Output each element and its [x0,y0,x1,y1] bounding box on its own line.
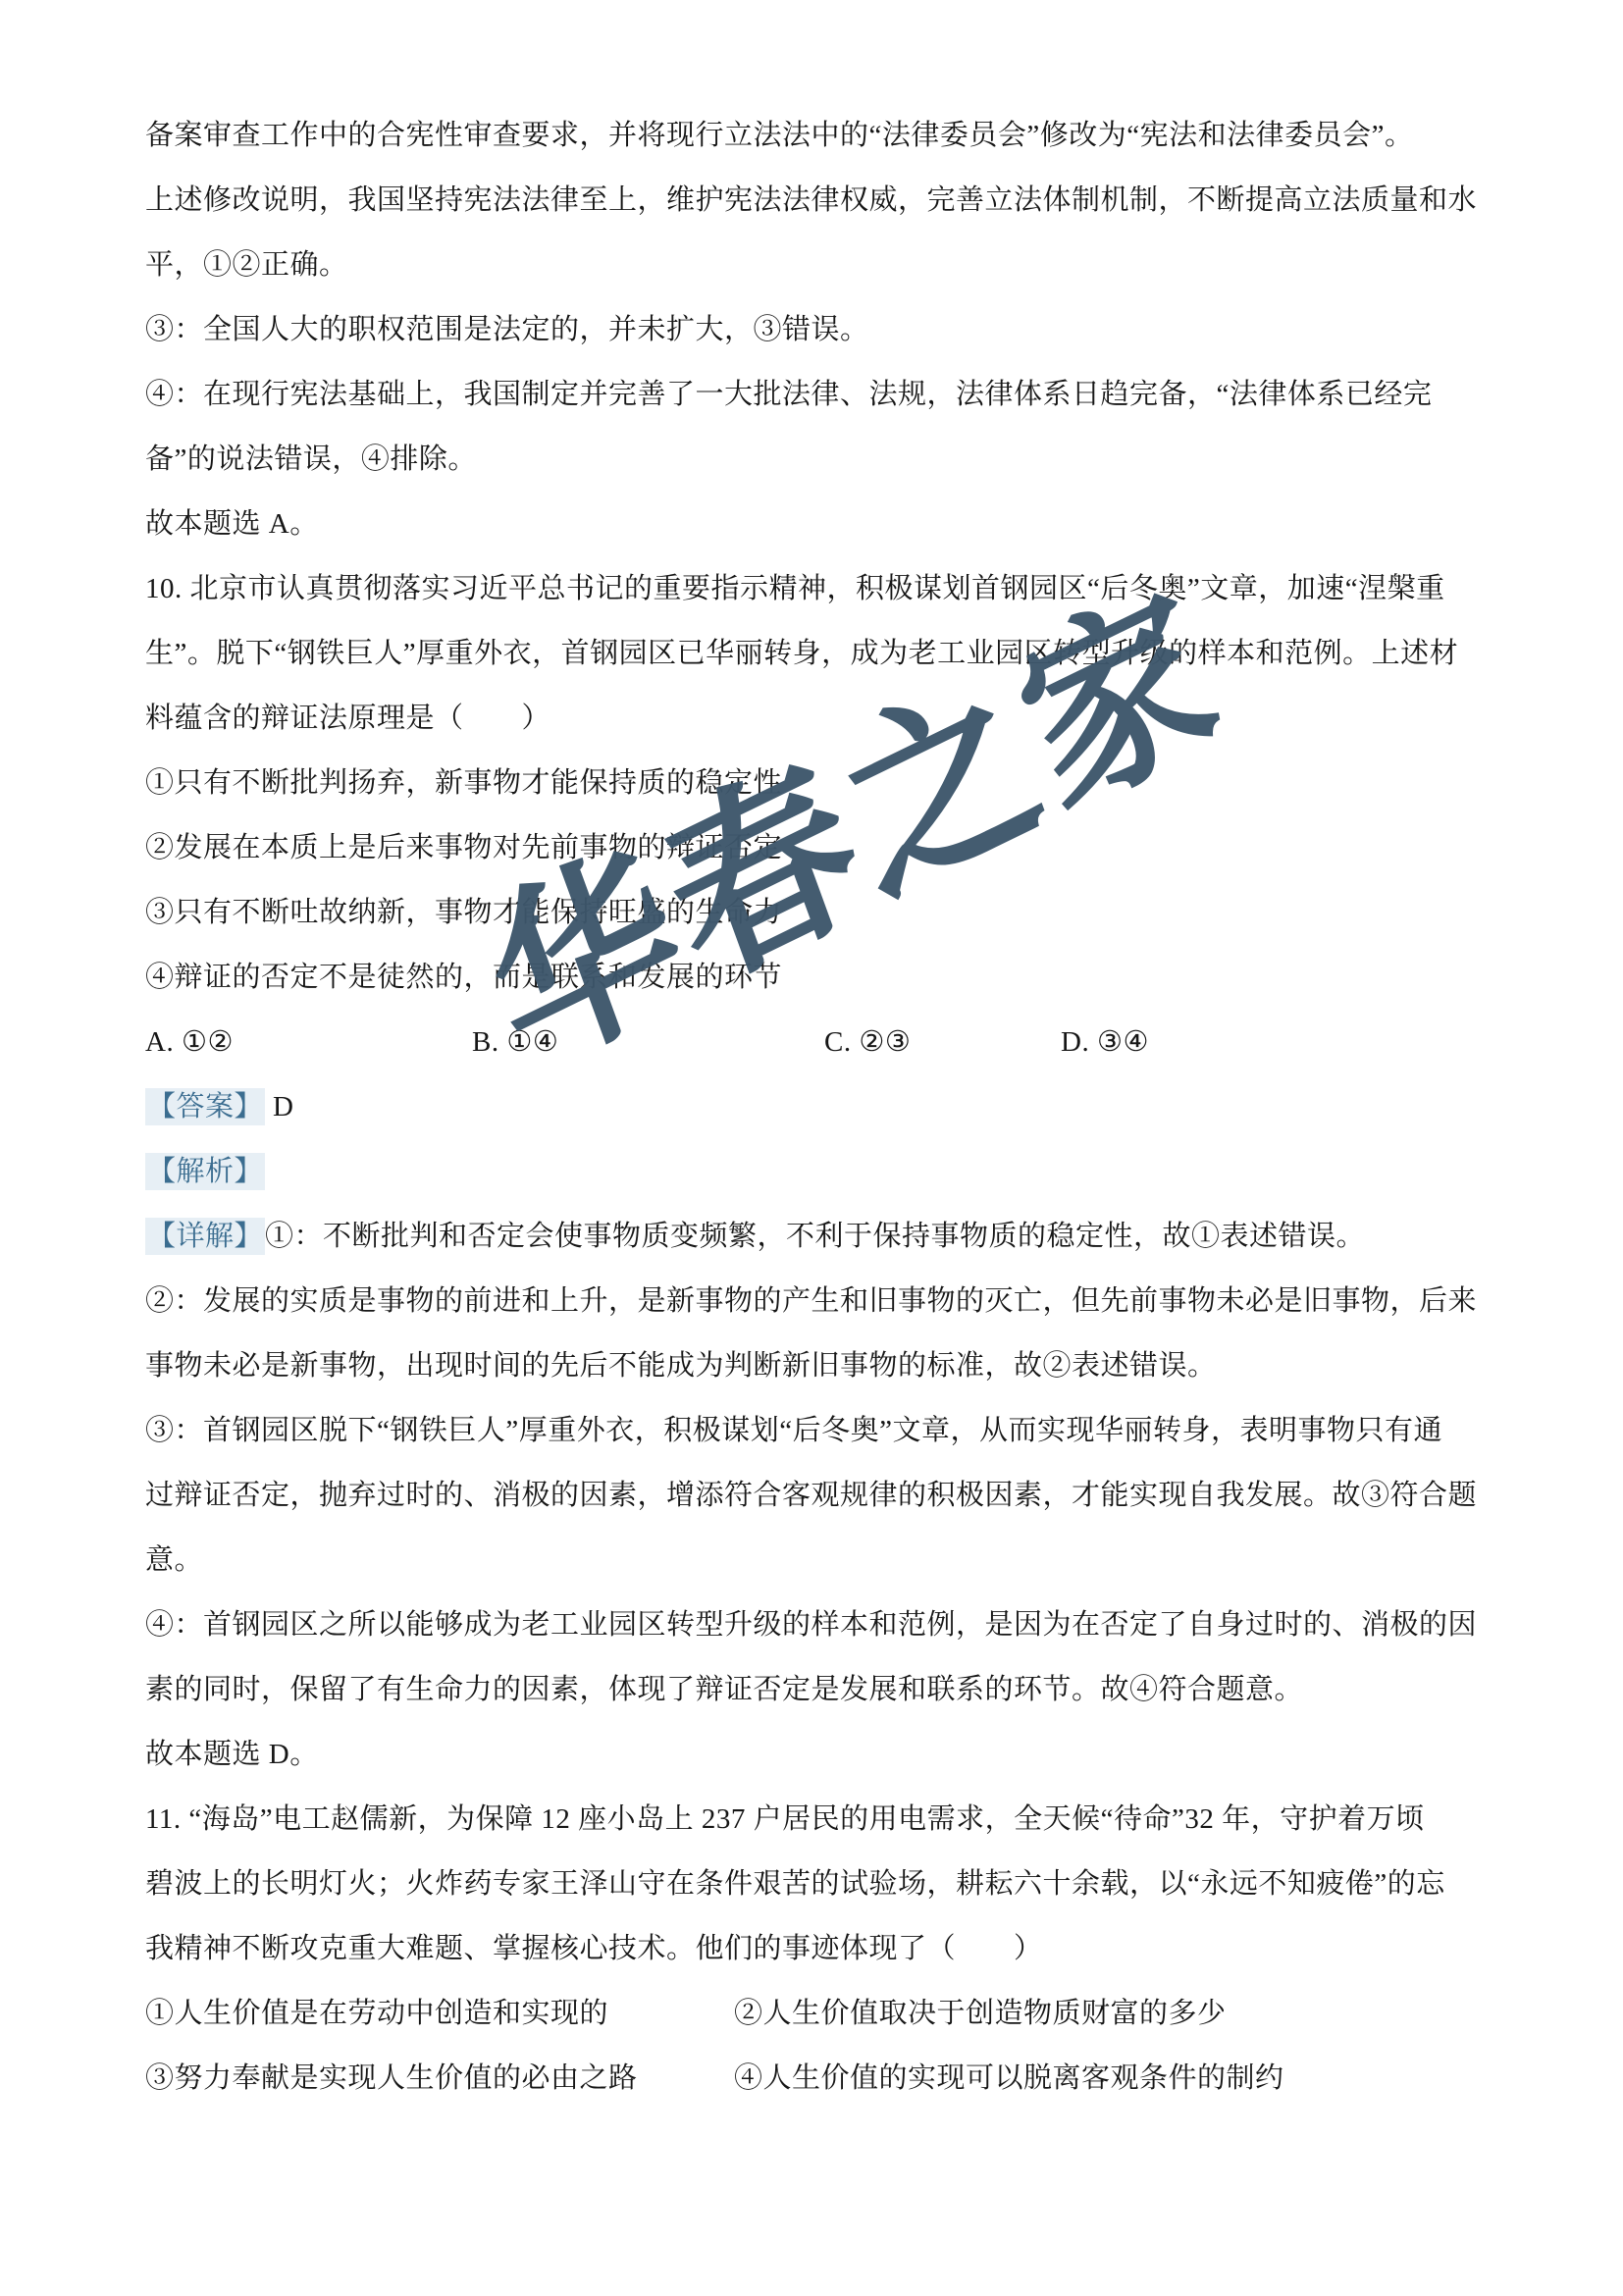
answer-conclusion: 故本题选 D。 [145,1722,1519,1787]
explanation-line: 事物未必是新事物，出现时间的先后不能成为判断新旧事物的标准，故②表述错误。 [145,1333,1519,1398]
detail-text: ①：不断批判和否定会使事物质变频繁，不利于保持事物质的稳定性，故①表述错误。 [265,1221,1365,1252]
choices-row: A. ①② B. ①④ C. ②③ D. ③④ [145,1010,1519,1074]
question-10-line: 生”。脱下“钢铁巨人”厚重外衣，首钢园区已华丽转身，成为老工业园区转型升级的样本… [145,621,1519,686]
text-line: 上述修改说明，我国坚持宪法法律至上，维护宪法法律权威，完善立法体制机制，不断提高… [145,168,1519,233]
answer-conclusion: 故本题选 A。 [145,492,1519,556]
question-11-line: 11. “海岛”电工赵儒新，为保障 12 座小岛上 237 户居民的用电需求，全… [145,1787,1519,1852]
explanation-line: ③：首钢园区脱下“钢铁巨人”厚重外衣，积极谋划“后冬奥”文章，从而实现华丽转身，… [145,1398,1519,1463]
choice-b: B. ①④ [472,1010,558,1074]
detail-label: 【详解】 [145,1218,265,1255]
statement-1: ①人生价值是在劳动中创造和实现的 [145,1981,608,2046]
statement-1: ①只有不断批判扬弃，新事物才能保持质的稳定性 [145,751,1519,815]
explanation-line: ④：首钢园区之所以能够成为老工业园区转型升级的样本和范例，是因为在否定了自身过时… [145,1592,1519,1657]
statement-3: ③努力奉献是实现人生价值的必由之路 [145,2046,638,2111]
text-line: ④：在现行宪法基础上，我国制定并完善了一大批法律、法规，法律体系日趋完备，“法律… [145,362,1519,427]
choice-d: D. ③④ [1061,1010,1149,1074]
statement-2: ②发展在本质上是后来事物对先前事物的辩证否定 [145,815,1519,880]
choice-c: C. ②③ [824,1010,911,1074]
text-line: 备案审查工作中的合宪性审查要求，并将现行立法法中的“法律委员会”修改为“宪法和法… [145,103,1519,168]
explanation-line: ②：发展的实质是事物的前进和上升，是新事物的产生和旧事物的灭亡，但先前事物未必是… [145,1269,1519,1333]
answer-row: 【答案】D [145,1074,1519,1139]
explanation-line: 过辩证否定，抛弃过时的、消极的因素，增添符合客观规律的积极因素，才能实现自我发展… [145,1463,1519,1528]
explanation-line: 意。 [145,1528,1519,1592]
explanation-line: 素的同时，保留了有生命力的因素，体现了辩证否定是发展和联系的环节。故④符合题意。 [145,1657,1519,1722]
text-line: ③：全国人大的职权范围是法定的，并未扩大，③错误。 [145,297,1519,362]
answer-label: 【答案】 [145,1088,265,1125]
statement-2: ②人生价值取决于创造物质财富的多少 [734,1981,1227,2046]
statements-row: ①人生价值是在劳动中创造和实现的 ②人生价值取决于创造物质财富的多少 [145,1981,1519,2046]
statement-3: ③只有不断吐故纳新，事物才能保持旺盛的生命力 [145,880,1519,945]
analysis-label: 【解析】 [145,1153,265,1190]
question-10-line: 料蕴含的辩证法原理是（ ） [145,686,1519,751]
question-11-line: 我精神不断攻克重大难题、掌握核心技术。他们的事迹体现了（ ） [145,1916,1519,1981]
text-line: 备”的说法错误，④排除。 [145,427,1519,492]
answer-value: D [265,1091,293,1122]
text-line: 平，①②正确。 [145,233,1519,297]
detail-row: 【详解】①：不断批判和否定会使事物质变频繁，不利于保持事物质的稳定性，故①表述错… [145,1204,1519,1269]
choice-a: A. ①② [145,1010,234,1074]
question-11-line: 碧波上的长明灯火；火炸药专家王泽山守在条件艰苦的试验场，耕耘六十余载，以“永远不… [145,1852,1519,1916]
document-page: 备案审查工作中的合宪性审查要求，并将现行立法法中的“法律委员会”修改为“宪法和法… [145,103,1519,2111]
statement-4: ④辩证的否定不是徒然的，而是联系和发展的环节 [145,945,1519,1010]
analysis-row: 【解析】 [145,1139,1519,1204]
question-10-line: 10. 北京市认真贯彻落实习近平总书记的重要指示精神，积极谋划首钢园区“后冬奥”… [145,556,1519,621]
statements-row: ③努力奉献是实现人生价值的必由之路 ④人生价值的实现可以脱离客观条件的制约 [145,2046,1519,2111]
statement-4: ④人生价值的实现可以脱离客观条件的制约 [734,2046,1284,2111]
